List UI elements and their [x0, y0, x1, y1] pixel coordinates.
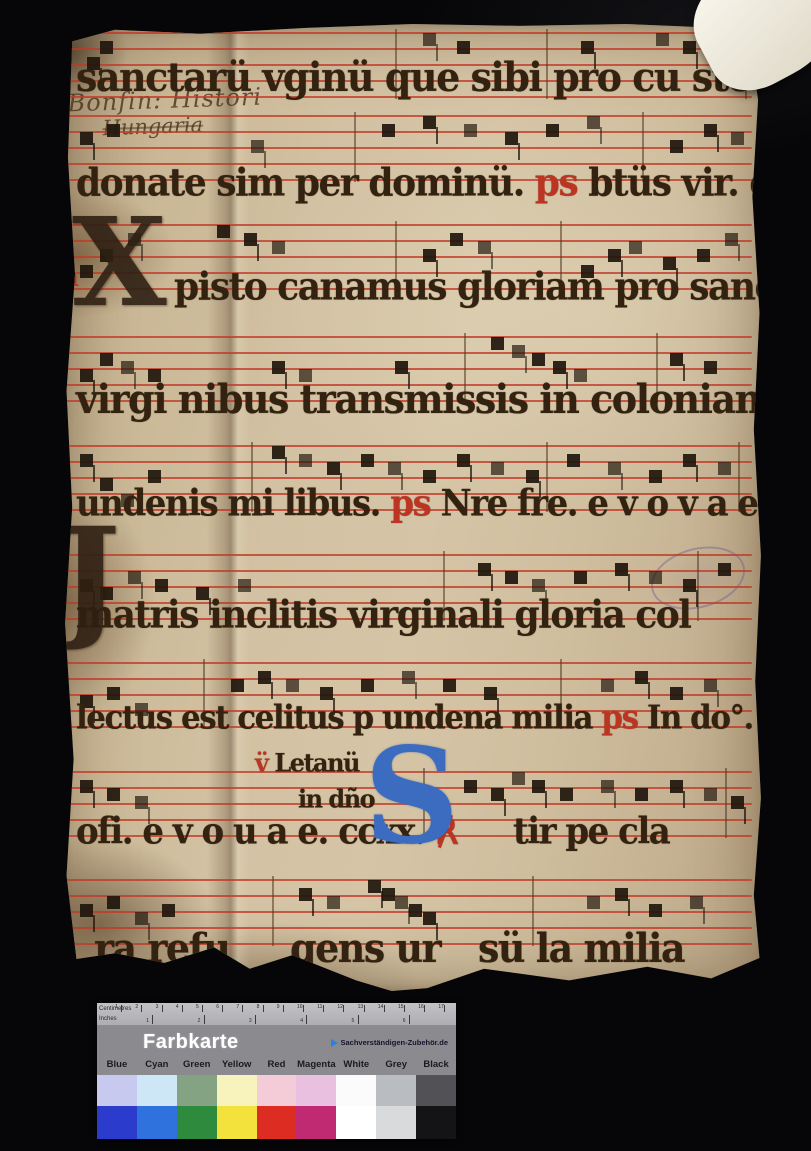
- note-square: [80, 454, 93, 467]
- note-square: [731, 132, 744, 145]
- cm-tick: [303, 1005, 304, 1012]
- chant-text-run: pisto canamus gloriam pro sanctis: [174, 265, 811, 310]
- note-square: [272, 446, 285, 459]
- note-square: [601, 780, 614, 793]
- rubric-text: ps: [601, 699, 646, 737]
- cm-number: 7: [236, 1004, 239, 1010]
- card-header: Farbkarte Sachverständigen-Zubehör.de: [97, 1025, 456, 1059]
- note-square: [382, 124, 395, 137]
- staff-line: [66, 32, 752, 34]
- swatch-magenta-full: [296, 1106, 336, 1139]
- note-square: [162, 904, 175, 917]
- note-square: [683, 454, 696, 467]
- swatch-black-light: [416, 1075, 456, 1106]
- annotation-text: in dño: [298, 783, 374, 814]
- cm-tick: [141, 1005, 142, 1012]
- cm-tick: [424, 1005, 425, 1012]
- note-square: [217, 225, 230, 238]
- staff-line: [66, 147, 752, 149]
- note-square: [272, 361, 285, 374]
- note-square: [423, 249, 436, 262]
- swatch-white-full: [336, 1106, 376, 1139]
- swatch-green-full: [177, 1106, 217, 1139]
- inch-number: 4: [300, 1018, 303, 1024]
- note-square: [704, 124, 717, 137]
- cm-tick: [343, 1005, 344, 1012]
- staff-line: [66, 445, 752, 447]
- staff-line: [66, 224, 752, 226]
- note-square: [532, 780, 545, 793]
- note-square: [649, 904, 662, 917]
- note-tail: [614, 791, 616, 808]
- chant-text-run: undenis mi libus. ps Nre fre. e v o v a …: [76, 483, 809, 525]
- chant-text: tir pe cla: [513, 811, 669, 853]
- ruler-strip: Centimetres Inches 123456789101112131415…: [97, 1003, 456, 1025]
- note-tail: [696, 465, 698, 482]
- note-square: [457, 454, 470, 467]
- note-square: [725, 233, 738, 246]
- note-tail: [436, 127, 438, 144]
- staff-line: [66, 879, 752, 881]
- bar-line: [272, 876, 274, 946]
- note-square: [361, 454, 374, 467]
- brand: Sachverständigen-Zubehör.de: [331, 1038, 448, 1047]
- note-tail: [518, 143, 520, 160]
- note-square: [388, 462, 401, 475]
- note-tail: [525, 356, 527, 373]
- staff-line: [66, 48, 752, 50]
- swatch-green-light: [177, 1075, 217, 1106]
- note-tail: [628, 899, 630, 916]
- note-square: [567, 454, 580, 467]
- note-tail: [738, 244, 740, 261]
- bar-line: [725, 768, 727, 838]
- brand-logo-icon: [331, 1039, 338, 1047]
- rubric-text: ps: [390, 483, 440, 525]
- note-square: [135, 796, 148, 809]
- staff-line: [66, 662, 752, 664]
- chant-text-run: gens ur: [290, 924, 440, 972]
- swatch-cyan-light: [137, 1075, 177, 1106]
- staff-line: [66, 554, 752, 556]
- note-square: [608, 249, 621, 262]
- note-square: [107, 896, 120, 909]
- cm-tick: [162, 1005, 163, 1012]
- note-square: [423, 470, 436, 483]
- note-tail: [491, 574, 493, 591]
- cm-number: 15: [398, 1004, 404, 1010]
- note-tail: [703, 907, 705, 924]
- note-square: [505, 132, 518, 145]
- note-tail: [93, 465, 95, 482]
- note-tail: [93, 791, 95, 808]
- note-square: [615, 888, 628, 901]
- cm-number: 17: [438, 1004, 444, 1010]
- note-square: [478, 241, 491, 254]
- chant-text-run: tir pe cla: [513, 811, 669, 853]
- rubric-text: ã.: [778, 483, 809, 525]
- inch-tick: [358, 1015, 359, 1024]
- note-square: [587, 896, 600, 909]
- note-tail: [312, 899, 314, 916]
- swatch-yellow-full: [217, 1106, 257, 1139]
- chant-text: In do°.: [647, 699, 753, 737]
- chant-text: ra refu: [94, 924, 230, 972]
- note-square: [491, 788, 504, 801]
- note-square: [601, 679, 614, 692]
- inch-number: 6: [403, 1018, 406, 1024]
- note-square: [635, 788, 648, 801]
- note-square: [512, 345, 525, 358]
- note-square: [100, 353, 113, 366]
- note-square: [423, 33, 436, 46]
- annotation-text: Letanü: [274, 747, 359, 778]
- brand-name: Sachverständigen-Zubehör.de: [340, 1038, 448, 1047]
- note-square: [464, 780, 477, 793]
- note-square: [649, 470, 662, 483]
- cm-number: 13: [358, 1004, 364, 1010]
- inch-tick: [204, 1015, 205, 1024]
- swatch-blue-full: [97, 1106, 137, 1139]
- note-square: [299, 454, 312, 467]
- note-square: [608, 462, 621, 475]
- swatch-label-yellow: Yellow: [217, 1059, 257, 1075]
- cm-number: 6: [216, 1004, 219, 1010]
- chant-text: pisto canamus gloriam pro sanctis: [174, 265, 811, 310]
- cm-number: 5: [196, 1004, 199, 1010]
- swatch-white-light: [336, 1075, 376, 1106]
- cm-tick: [364, 1005, 365, 1012]
- manuscript-page: ã Bonfin: Histori Hungaria sanctarü vgin…: [58, 22, 768, 992]
- note-square: [697, 249, 710, 262]
- cm-number: 2: [135, 1004, 138, 1010]
- note-square: [382, 888, 395, 901]
- note-tail: [271, 682, 273, 699]
- inch-tick: [152, 1015, 153, 1024]
- cm-number: 16: [418, 1004, 424, 1010]
- note-tail: [415, 682, 417, 699]
- note-square: [629, 241, 642, 254]
- note-square: [704, 361, 717, 374]
- note-tail: [285, 457, 287, 474]
- inch-number: 3: [249, 1018, 252, 1024]
- note-square: [409, 904, 422, 917]
- note-square: [704, 679, 717, 692]
- swatch-label-blue: Blue: [97, 1059, 137, 1075]
- note-square: [148, 470, 161, 483]
- note-square: [526, 470, 539, 483]
- note-square: [553, 361, 566, 374]
- chant-text: virgi nibus transmissis in coloniam sb: [76, 375, 811, 423]
- note-square: [402, 671, 415, 684]
- chant-text: sanctarü vginü que sibi pro cu stodia: [76, 53, 811, 101]
- note-square: [512, 772, 525, 785]
- card-title: Farbkarte: [143, 1031, 239, 1054]
- note-tail: [257, 244, 259, 261]
- staff-line: [66, 461, 752, 463]
- inch-tick: [409, 1015, 410, 1024]
- note-square: [532, 353, 545, 366]
- swatch-label-black: Black: [416, 1059, 456, 1075]
- chant-text: btüs vir. e v o v a e.: [588, 161, 811, 206]
- swatch-grey-light: [376, 1075, 416, 1106]
- note-square: [683, 579, 696, 592]
- swatch-red-full: [257, 1106, 297, 1139]
- note-square: [80, 904, 93, 917]
- staff-line: [66, 352, 752, 354]
- note-square: [80, 780, 93, 793]
- note-square: [560, 788, 573, 801]
- note-tail: [683, 791, 685, 808]
- cm-number: 9: [277, 1004, 280, 1010]
- rubric-text: ps: [535, 161, 588, 206]
- note-square: [443, 679, 456, 692]
- swatch-red-light: [257, 1075, 297, 1106]
- note-square: [258, 671, 271, 684]
- inch-tick: [255, 1015, 256, 1024]
- swatch-blue-light: [97, 1075, 137, 1106]
- note-square: [244, 233, 257, 246]
- note-square: [656, 33, 669, 46]
- chant-text: lectus est celitus p undena milia: [76, 699, 601, 737]
- note-square: [299, 888, 312, 901]
- inch-number: 5: [352, 1018, 355, 1024]
- chant-text-run: donate sim per dominü. ps btüs vir. e v …: [76, 161, 811, 206]
- cm-number: 1: [115, 1004, 118, 1010]
- chant-text-run: ra refu: [94, 924, 230, 972]
- note-square: [238, 579, 251, 592]
- note-tail: [696, 590, 698, 607]
- note-square: [649, 571, 662, 584]
- bar-line: [697, 551, 699, 621]
- chant-text-run: sü la milia: [478, 924, 684, 972]
- cm-number: 10: [297, 1004, 303, 1010]
- note-square: [491, 337, 504, 350]
- note-square: [546, 124, 559, 137]
- decorated-initial-X: X: [72, 208, 167, 318]
- note-tail: [648, 682, 650, 699]
- note-tail: [470, 465, 472, 482]
- chant-text: matris inclitis virginali gloria col: [76, 593, 690, 638]
- photo-scene: ã Bonfin: Histori Hungaria sanctarü vgin…: [0, 0, 811, 1151]
- note-square: [491, 462, 504, 475]
- note-square: [478, 563, 491, 576]
- note-square: [587, 116, 600, 129]
- chant-text: gens ur: [290, 924, 440, 972]
- note-square: [395, 361, 408, 374]
- staff-line: [66, 256, 752, 258]
- swatch-magenta-light: [296, 1075, 336, 1106]
- staff-line: [66, 586, 752, 588]
- swatch-black-full: [416, 1106, 456, 1139]
- note-square: [718, 462, 731, 475]
- staff-line: [66, 115, 752, 117]
- swatch-label-cyan: Cyan: [137, 1059, 177, 1075]
- cm-number: 3: [156, 1004, 159, 1010]
- ruler-inch-label: Inches: [99, 1016, 117, 1022]
- note-square: [670, 780, 683, 793]
- swatch-yellow-light: [217, 1075, 257, 1106]
- note-square: [505, 571, 518, 584]
- note-square: [731, 796, 744, 809]
- color-calibration-card: Centimetres Inches 123456789101112131415…: [97, 1003, 456, 1139]
- staff-line: [66, 131, 752, 133]
- note-square: [574, 571, 587, 584]
- note-square: [107, 124, 120, 137]
- note-square: [231, 679, 244, 692]
- note-square: [128, 571, 141, 584]
- swatch-label-grey: Grey: [376, 1059, 416, 1075]
- cm-tick: [444, 1005, 445, 1012]
- cm-tick: [283, 1005, 284, 1012]
- chant-text: sü la milia: [478, 924, 684, 972]
- note-tail: [545, 791, 547, 808]
- note-square: [635, 671, 648, 684]
- note-tail: [504, 799, 506, 816]
- interlinear-annotation: v̈ Letanü: [255, 747, 359, 778]
- note-square: [368, 880, 381, 893]
- note-square: [361, 679, 374, 692]
- cm-tick: [384, 1005, 385, 1012]
- note-tail: [93, 143, 95, 160]
- note-square: [327, 462, 340, 475]
- cm-tick: [263, 1005, 264, 1012]
- note-tail: [600, 127, 602, 144]
- cm-number: 8: [257, 1004, 260, 1010]
- note-square: [615, 563, 628, 576]
- note-square: [286, 679, 299, 692]
- inch-number: 1: [146, 1018, 149, 1024]
- note-square: [718, 563, 731, 576]
- staff-line: [66, 368, 752, 370]
- note-square: [423, 116, 436, 129]
- note-square: [107, 788, 120, 801]
- note-tail: [744, 807, 746, 824]
- swatch-row-light: [97, 1075, 456, 1106]
- cm-number: 11: [317, 1004, 322, 1010]
- chant-text: undenis mi libus.: [76, 483, 390, 525]
- rubric-text: v̈: [255, 747, 274, 778]
- cm-number: 4: [176, 1004, 179, 1010]
- note-square: [155, 579, 168, 592]
- swatch-cyan-full: [137, 1106, 177, 1139]
- note-square: [121, 361, 134, 374]
- swatch-label-red: Red: [257, 1059, 297, 1075]
- note-square: [251, 140, 264, 153]
- cm-number: 14: [378, 1004, 384, 1010]
- chant-text-run: sanctarü vginü que sibi pro cu stodia: [76, 53, 811, 101]
- cm-tick: [202, 1005, 203, 1012]
- interlinear-annotation: in dño: [298, 783, 374, 814]
- cm-tick: [404, 1005, 405, 1012]
- note-square: [690, 896, 703, 909]
- note-square: [670, 353, 683, 366]
- chant-text-run: matris inclitis virginali gloria col: [76, 593, 690, 638]
- note-square: [670, 140, 683, 153]
- swatch-labels-row: BlueCyanGreenYellowRedMagentaWhiteGreyBl…: [97, 1059, 456, 1075]
- cm-number: 12: [337, 1004, 343, 1010]
- staff-line: [66, 336, 752, 338]
- note-tail: [628, 574, 630, 591]
- note-square: [327, 896, 340, 909]
- cm-tick: [182, 1005, 183, 1012]
- inch-number: 2: [198, 1018, 201, 1024]
- swatch-row-full: [97, 1106, 456, 1139]
- swatch-label-magenta: Magenta: [296, 1059, 336, 1075]
- swatch-label-green: Green: [177, 1059, 217, 1075]
- inch-tick: [306, 1015, 307, 1024]
- swatch-grey-full: [376, 1106, 416, 1139]
- cm-tick: [121, 1005, 122, 1012]
- note-square: [395, 896, 408, 909]
- swatch-label-white: White: [336, 1059, 376, 1075]
- decorated-initial-S: S: [364, 738, 459, 857]
- note-square: [80, 132, 93, 145]
- chant-text: Nre fre. e v o v a e.: [441, 483, 779, 525]
- note-square: [464, 124, 477, 137]
- chant-text-run: virgi nibus transmissis in coloniam sb: [76, 375, 811, 423]
- note-square: [532, 579, 545, 592]
- cm-tick: [242, 1005, 243, 1012]
- cm-tick: [323, 1005, 324, 1012]
- staff-line: [66, 895, 752, 897]
- note-square: [704, 788, 717, 801]
- note-tail: [717, 135, 719, 152]
- cm-tick: [222, 1005, 223, 1012]
- note-square: [272, 241, 285, 254]
- note-square: [450, 233, 463, 246]
- staff-line: [66, 240, 752, 242]
- decorated-initial-J: J: [58, 518, 120, 637]
